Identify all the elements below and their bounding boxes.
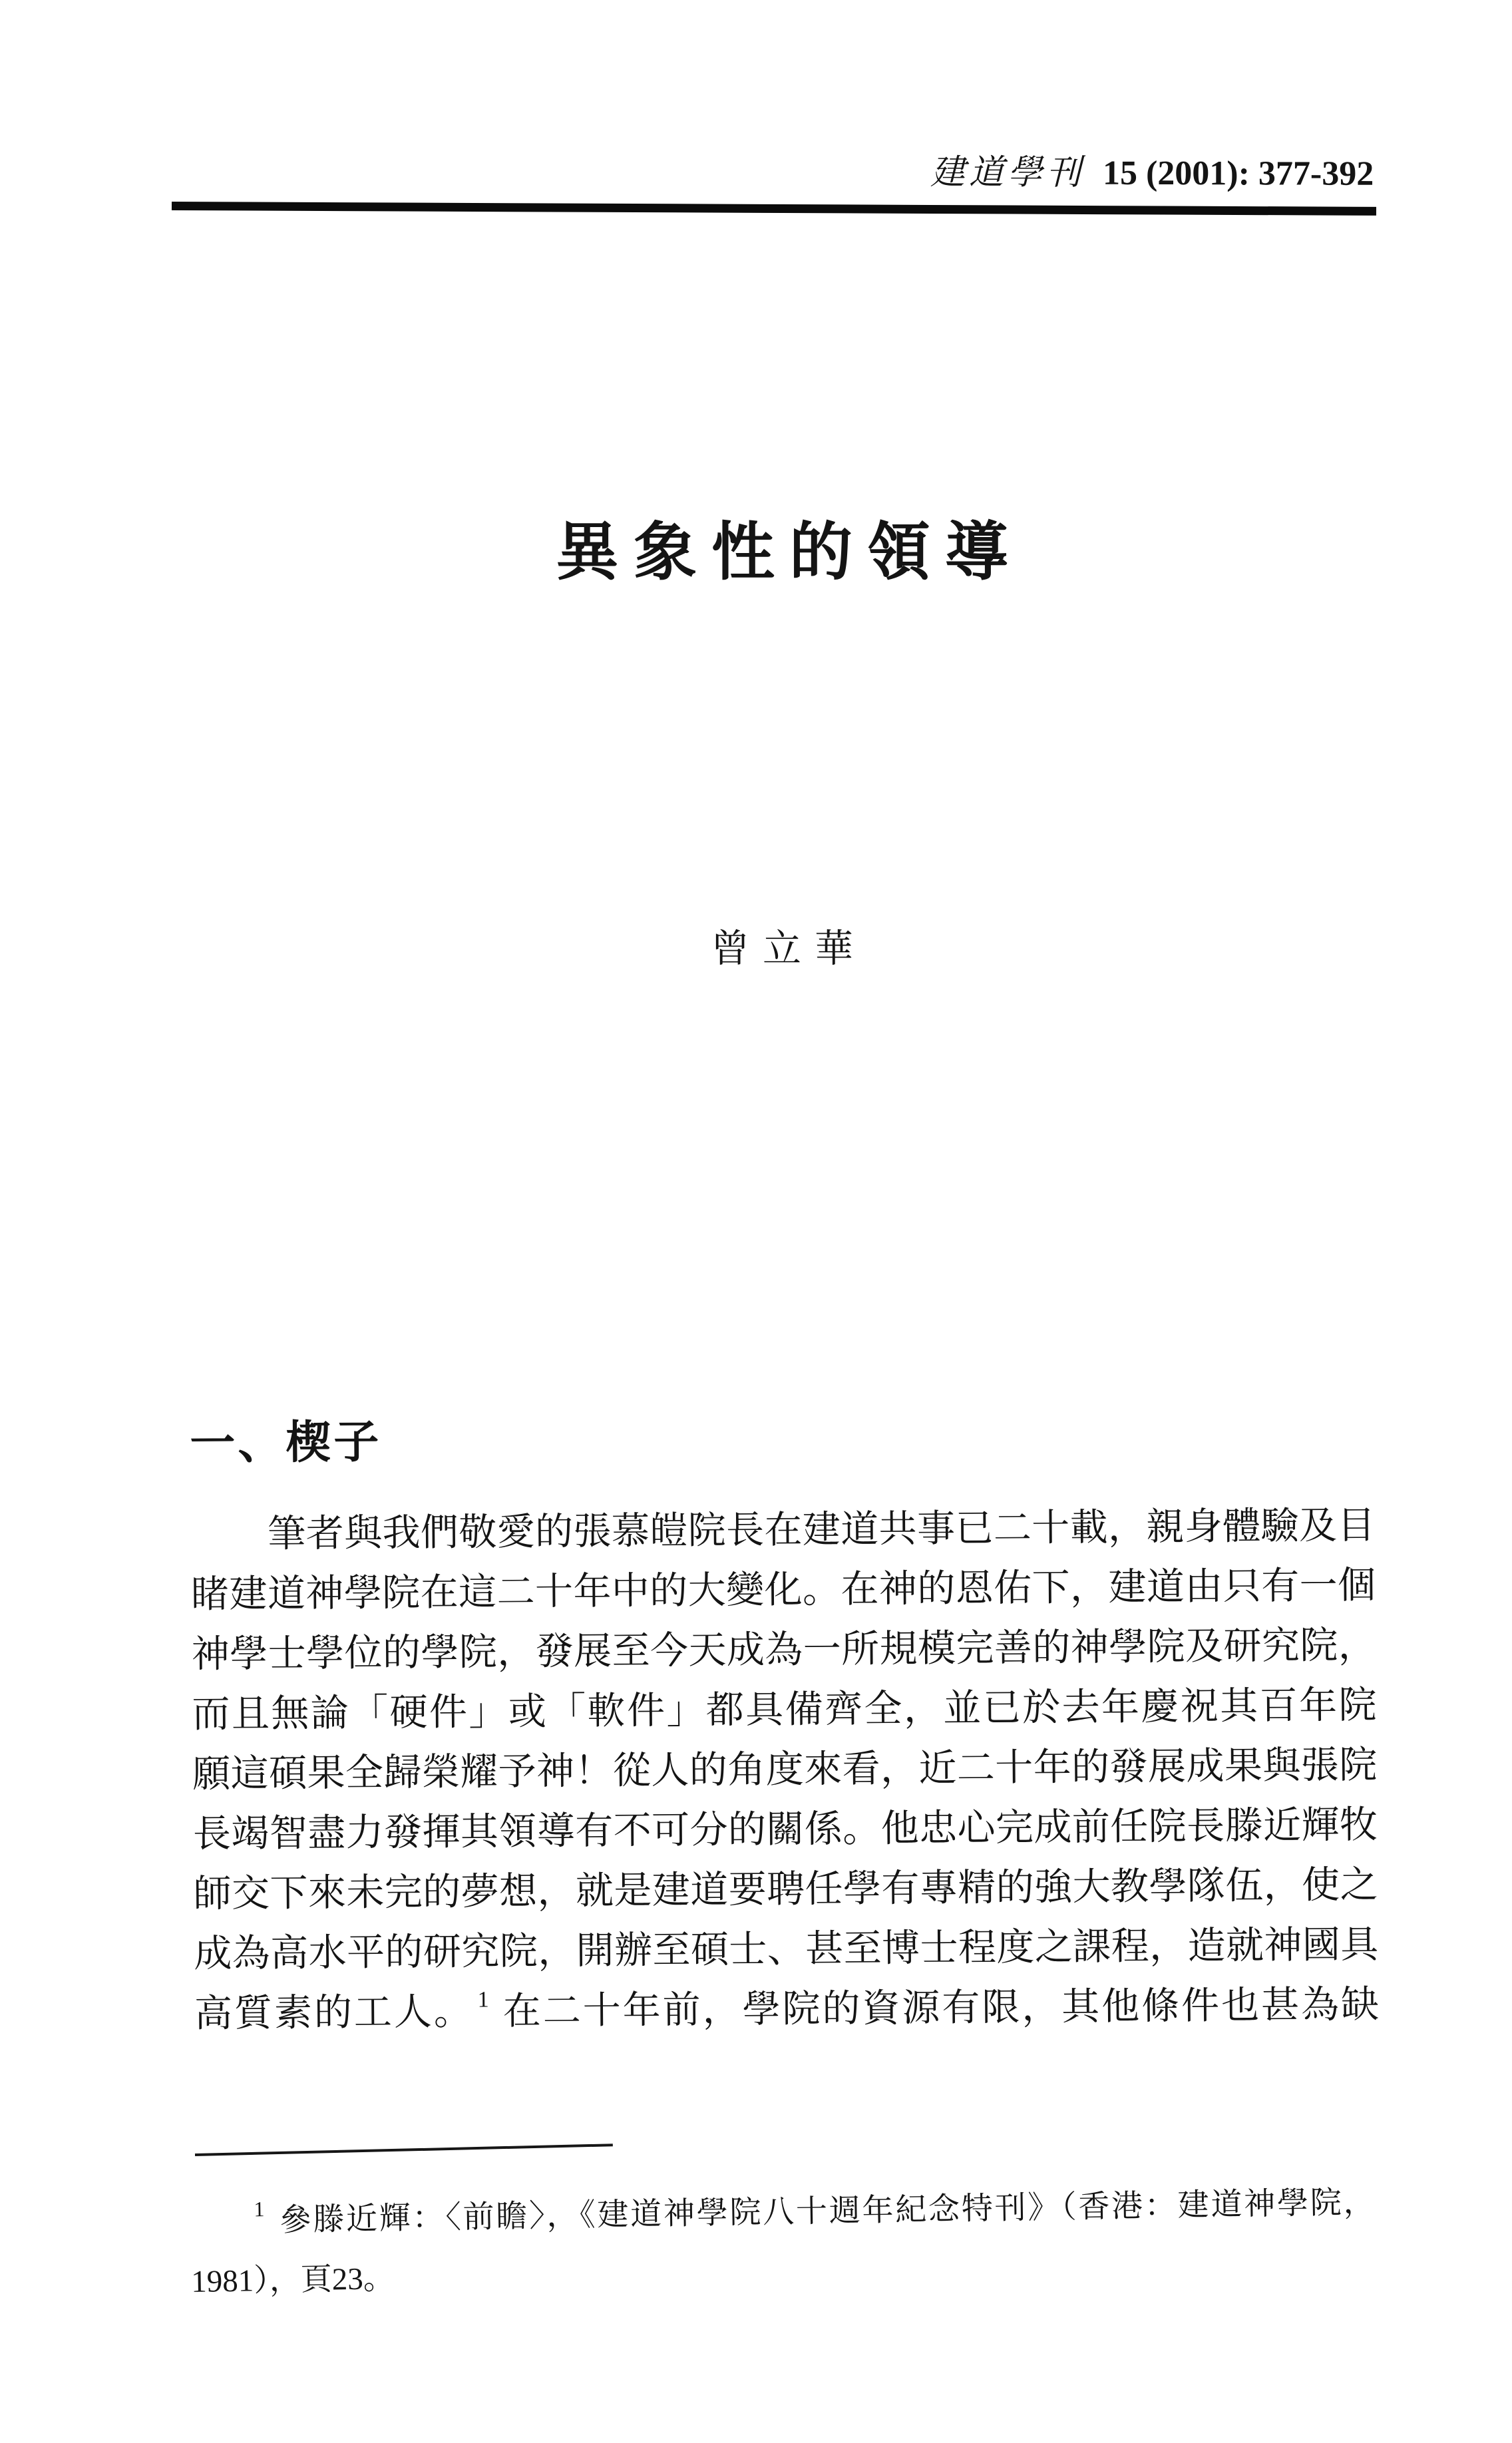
footnote-indent bbox=[190, 2231, 254, 2232]
content-column: 異象性的領導 曾立華 一、楔子 筆者與我們敬愛的張慕皚院長在建道共事已二十載，親… bbox=[190, 0, 1374, 2443]
body-line: 成為高水平的研究院，開辦至碩士、甚至博士程度之課程，造就神國具 bbox=[194, 1915, 1379, 1984]
body-line: 高質素的工人。1在二十年前，學院的資源有限，其他條件也甚為缺 bbox=[194, 1975, 1380, 2044]
paragraph: 筆者與我們敬愛的張慕皚院長在建道共事已二十載，親身體驗及目 睹建道神學院在這二十… bbox=[190, 1496, 1379, 2044]
footnote-marker: 1 bbox=[254, 2197, 265, 2221]
author-name: 曾立華 bbox=[190, 925, 1374, 973]
section-heading: 一、楔子 bbox=[190, 1407, 1375, 1471]
body-line: 筆者與我們敬愛的張慕皚院長在建道共事已二十載，親身體驗及目 bbox=[190, 1496, 1376, 1565]
footnote-reference: 1 bbox=[478, 1987, 489, 2012]
main-text-block: 一、楔子 筆者與我們敬愛的張慕皚院長在建道共事已二十載，親身體驗及目 睹建道神學… bbox=[190, 1407, 1379, 2044]
footnote-text: 1981），頁23。 bbox=[191, 2261, 395, 2299]
body-line: 師交下來未完的夢想，就是建道要聘任學有專精的強大教學隊伍，使之 bbox=[193, 1855, 1378, 1925]
body-line: 長竭智盡力發揮其領導有不可分的關係。他忠心完成前任院長滕近輝牧 bbox=[193, 1795, 1378, 1865]
document-page: 建道學刊 15 (2001): 377-392 異象性的領導 曾立華 一、楔子 … bbox=[0, 0, 1512, 2443]
article-title: 異象性的領導 bbox=[190, 514, 1374, 591]
body-line-text: 在二十年前，學院的資源有限，其他條件也甚為缺 bbox=[501, 1984, 1380, 2032]
body-line: 而且無論「硬件」或「軟件」都具備齊全，並已於去年慶祝其百年院慶， bbox=[192, 1676, 1377, 1745]
body-line: 神學士學位的學院，發展至今天成為一所規模完善的神學院及研究院， bbox=[191, 1616, 1376, 1685]
footnote-text: 參滕近輝：〈前瞻〉，《建道神學院八十週年紀念特刊》（香港：建道神學院， bbox=[278, 2185, 1375, 2237]
body-line: 願這碩果全歸榮耀予神！從人的角度來看，近二十年的發展成果與張院 bbox=[192, 1736, 1378, 1805]
body-line: 睹建道神學院在這二十年中的大變化。在神的恩佑下，建道由只有一個 bbox=[191, 1556, 1376, 1625]
footnote: 1參滕近輝：〈前瞻〉，《建道神學院八十週年紀念特刊》（香港：建道神學院， 198… bbox=[190, 2172, 1376, 2311]
body-line-text: 高質素的工人。 bbox=[194, 1991, 474, 2035]
